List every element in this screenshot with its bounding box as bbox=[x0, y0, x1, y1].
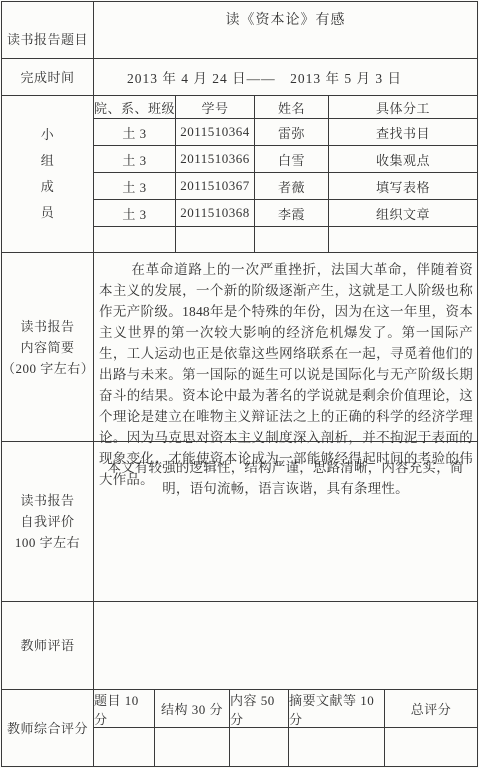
completion-time-label: 完成时间 bbox=[2, 59, 94, 95]
member-cell-dept: 土 3 bbox=[94, 173, 176, 199]
member-cell-dept: 土 3 bbox=[94, 146, 176, 172]
score-value-total bbox=[385, 728, 477, 766]
member-cell-task: 组织文章 bbox=[329, 200, 477, 226]
members-label-char: 组 bbox=[41, 148, 55, 174]
score-header-total: 总评分 bbox=[385, 690, 477, 727]
member-row: 土 3 2011510364 雷弥 查找书目 bbox=[94, 119, 477, 146]
score-value-abstract bbox=[289, 728, 385, 766]
members-label-char: 员 bbox=[41, 200, 55, 226]
teacher-score-table-container: 题目 10 分 结构 30 分 内容 50 分 摘要文献等 10 分 总评分 bbox=[94, 690, 477, 766]
self-eval-row: 读书报告 自我评价 100 字左右 本文有较强的逻辑性，结构严谨，思路清晰，内容… bbox=[2, 442, 477, 602]
members-row: 小 组 成 员 院、系、班级 学号 姓名 具体分工 土 3 2011510364… bbox=[2, 96, 477, 253]
member-cell-dept bbox=[94, 227, 176, 252]
member-cell-dept: 土 3 bbox=[94, 200, 176, 226]
members-header-row: 院、系、班级 学号 姓名 具体分工 bbox=[94, 96, 477, 119]
member-cell-task: 收集观点 bbox=[329, 146, 477, 172]
member-cell-id: 2011510366 bbox=[176, 146, 255, 172]
self-eval-label-line: 自我评价 bbox=[20, 511, 74, 532]
summary-label-line: （200 字左右） bbox=[2, 358, 93, 379]
member-row: 土 3 2011510367 者薇 填写表格 bbox=[94, 173, 477, 200]
teacher-score-row: 教师综合评分 题目 10 分 结构 30 分 内容 50 分 摘要文献等 10 … bbox=[2, 690, 477, 766]
members-header-dept: 院、系、班级 bbox=[94, 96, 176, 118]
member-cell-id: 2011510364 bbox=[176, 119, 255, 145]
member-cell-task: 填写表格 bbox=[329, 173, 477, 199]
teacher-score-table: 题目 10 分 结构 30 分 内容 50 分 摘要文献等 10 分 总评分 bbox=[94, 690, 477, 766]
score-header-title: 题目 10 分 bbox=[94, 690, 155, 727]
member-row: 土 3 2011510366 白雪 收集观点 bbox=[94, 146, 477, 173]
members-header-task: 具体分工 bbox=[329, 96, 477, 118]
self-eval-content: 本文有较强的逻辑性，结构严谨，思路清晰，内容充实，简明，语句流畅，语言诙谐，具有… bbox=[94, 442, 477, 601]
members-table: 院、系、班级 学号 姓名 具体分工 土 3 2011510364 雷弥 查找书目… bbox=[94, 96, 477, 252]
member-cell-name bbox=[255, 227, 329, 252]
self-eval-label-line: 读书报告 bbox=[20, 490, 74, 511]
summary-label: 读书报告 内容简要 （200 字左右） bbox=[2, 253, 94, 441]
member-row: 土 3 2011510368 李霞 组织文章 bbox=[94, 200, 477, 227]
self-eval-text: 本文有较强的逻辑性，结构严谨，思路清晰，内容充实，简明，语句流畅，语言诙谐，具有… bbox=[94, 442, 477, 499]
members-table-container: 院、系、班级 学号 姓名 具体分工 土 3 2011510364 雷弥 查找书目… bbox=[94, 96, 477, 252]
member-row-empty bbox=[94, 227, 477, 252]
member-cell-name: 白雪 bbox=[255, 146, 329, 172]
reading-report-form: 读书报告题目 读《资本论》有感 完成时间 2013 年 4 月 24 日—— 2… bbox=[1, 1, 478, 767]
score-value-content bbox=[230, 728, 289, 766]
summary-content: 在革命道路上的一次严重挫折，法国大革命，伴随着资本主义的发展，一个新的阶级逐渐产… bbox=[94, 253, 477, 441]
self-eval-label: 读书报告 自我评价 100 字左右 bbox=[2, 442, 94, 601]
member-cell-dept: 土 3 bbox=[94, 119, 176, 145]
self-eval-label-line: 100 字左右 bbox=[15, 532, 80, 553]
score-value-row bbox=[94, 728, 477, 766]
score-header-abstract: 摘要文献等 10 分 bbox=[289, 690, 385, 727]
report-title-row: 读书报告题目 读《资本论》有感 bbox=[2, 2, 477, 59]
completion-time-value: 2013 年 4 月 24 日—— 2013 年 5 月 3 日 bbox=[94, 59, 477, 95]
member-cell-id: 2011510368 bbox=[176, 200, 255, 226]
summary-label-line: 读书报告 bbox=[20, 316, 74, 337]
member-cell-id bbox=[176, 227, 255, 252]
completion-time-row: 完成时间 2013 年 4 月 24 日—— 2013 年 5 月 3 日 bbox=[2, 59, 477, 96]
members-header-id: 学号 bbox=[176, 96, 255, 118]
members-label-char: 成 bbox=[41, 174, 55, 200]
summary-label-line: 内容简要 bbox=[20, 337, 74, 358]
score-header-structure: 结构 30 分 bbox=[155, 690, 230, 727]
report-title-label: 读书报告题目 bbox=[2, 2, 94, 58]
score-header-row: 题目 10 分 结构 30 分 内容 50 分 摘要文献等 10 分 总评分 bbox=[94, 690, 477, 728]
summary-row: 读书报告 内容简要 （200 字左右） 在革命道路上的一次严重挫折，法国大革命，… bbox=[2, 253, 477, 442]
teacher-comment-area bbox=[94, 602, 477, 689]
members-label: 小 组 成 员 bbox=[2, 96, 94, 252]
score-value-title bbox=[94, 728, 155, 766]
score-value-structure bbox=[155, 728, 230, 766]
member-cell-name: 李霞 bbox=[255, 200, 329, 226]
member-cell-task: 查找书目 bbox=[329, 119, 477, 145]
members-header-name: 姓名 bbox=[255, 96, 329, 118]
teacher-comment-row: 教师评语 bbox=[2, 602, 477, 690]
member-cell-name: 雷弥 bbox=[255, 119, 329, 145]
teacher-score-label: 教师综合评分 bbox=[2, 690, 94, 766]
member-cell-id: 2011510367 bbox=[176, 173, 255, 199]
member-cell-task bbox=[329, 227, 477, 252]
teacher-comment-label: 教师评语 bbox=[2, 602, 94, 689]
report-title-value: 读《资本论》有感 bbox=[94, 2, 477, 58]
members-label-char: 小 bbox=[41, 122, 55, 148]
score-header-content: 内容 50 分 bbox=[230, 690, 289, 727]
member-cell-name: 者薇 bbox=[255, 173, 329, 199]
